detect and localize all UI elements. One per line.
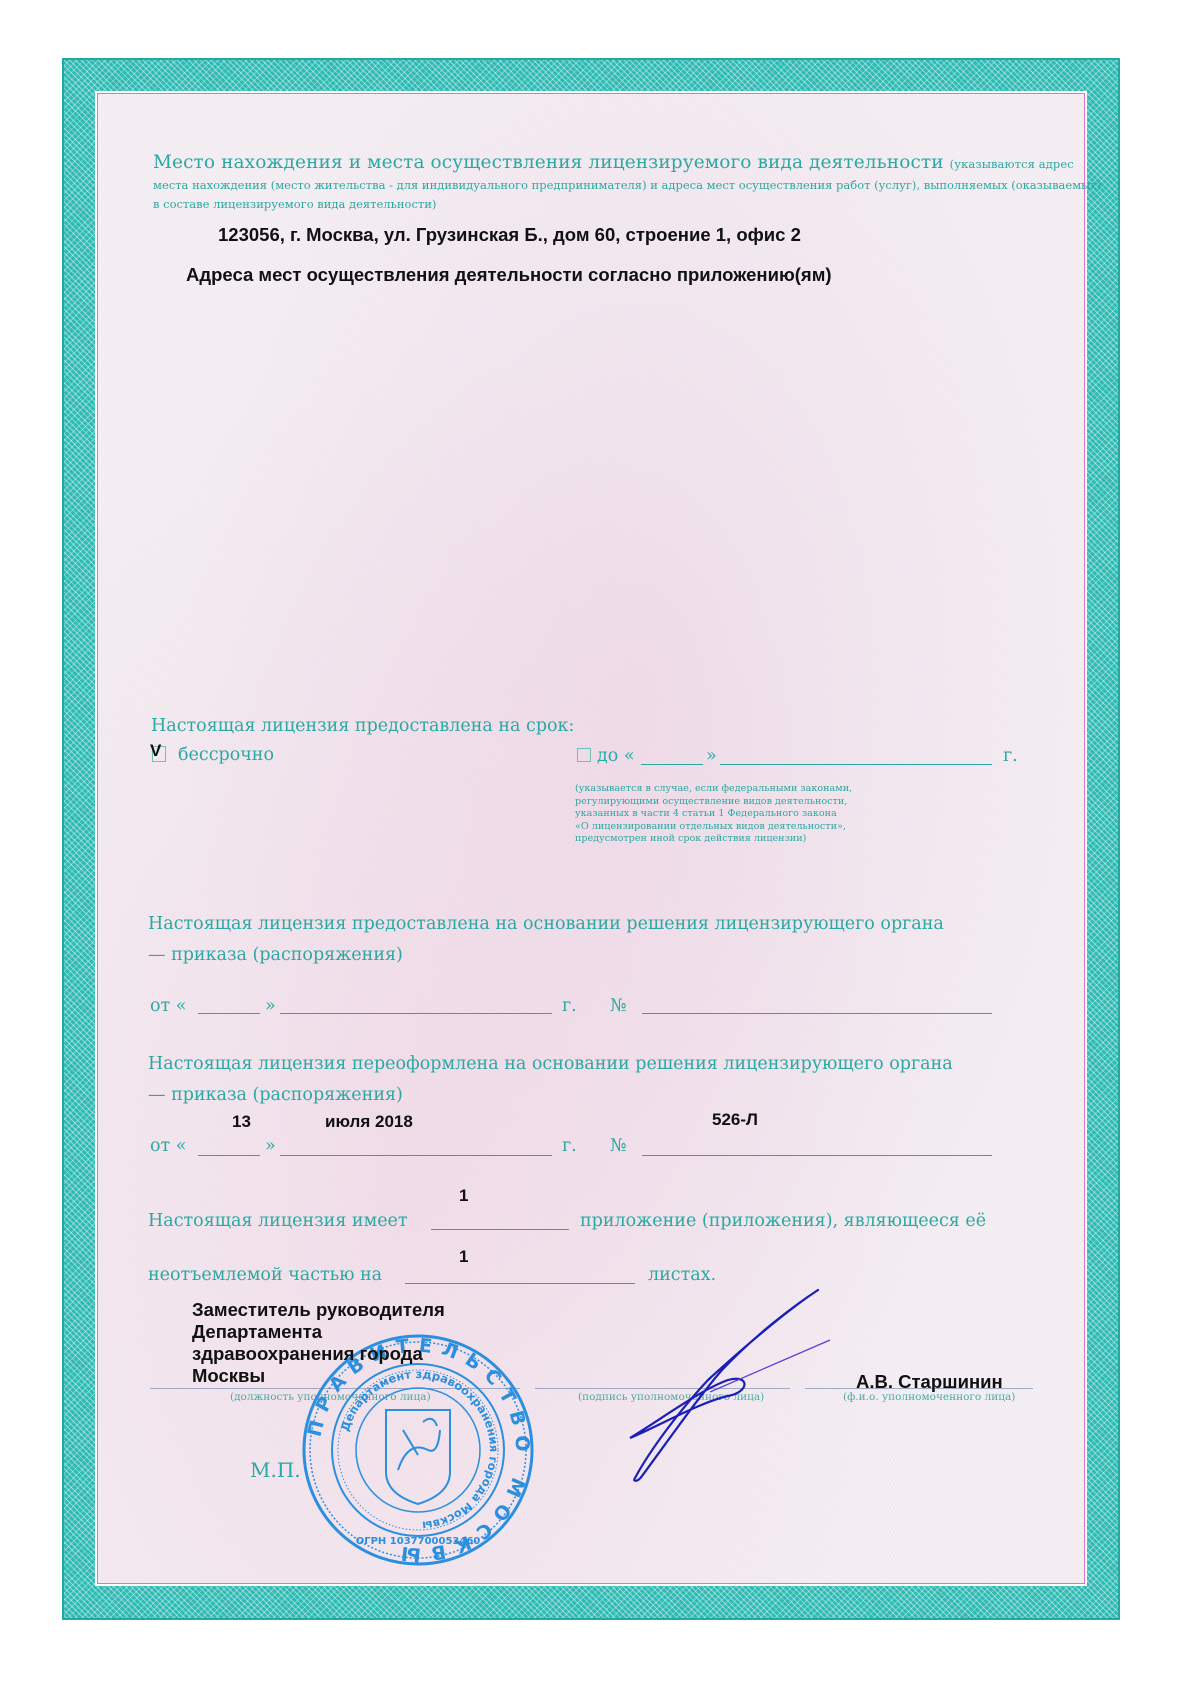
reissued-month-year: июля 2018 bbox=[325, 1112, 413, 1132]
appendix-count: 1 bbox=[459, 1186, 468, 1206]
handwritten-signature bbox=[560, 1270, 830, 1490]
reissued-day-line bbox=[198, 1155, 260, 1156]
appendix-line1-prefix: Настоящая лицензия имеет bbox=[148, 1211, 408, 1231]
position-line-text: Москвы bbox=[192, 1365, 445, 1387]
until-suffix: г. bbox=[1003, 746, 1018, 766]
reissued-day: 13 bbox=[232, 1112, 251, 1132]
header-note-line3: в составе лицензируемого вида деятельнос… bbox=[153, 197, 436, 211]
granted-day-line bbox=[198, 1013, 260, 1014]
reissued-line2: — приказа (распоряжения) bbox=[148, 1085, 403, 1105]
header-title-note: (указываются адрес bbox=[950, 157, 1074, 171]
appendix-count-line bbox=[431, 1229, 569, 1230]
signatory-position: Заместитель руководителя Департамента зд… bbox=[192, 1299, 445, 1387]
reissued-from-mid: » bbox=[265, 1136, 276, 1156]
granted-number-sign: № bbox=[610, 996, 627, 1016]
term-label: Настоящая лицензия предоставлена на срок… bbox=[151, 716, 574, 736]
indefinite-label: бессрочно bbox=[178, 745, 274, 765]
legal-address: 123056, г. Москва, ул. Грузинская Б., до… bbox=[218, 224, 801, 246]
reissued-month-year-line bbox=[280, 1155, 552, 1156]
granted-year-suffix: г. bbox=[562, 996, 577, 1016]
term-note-line: (указывается в случае, если федеральными… bbox=[575, 783, 852, 796]
term-note-line: указанных в части 4 статьи 1 Федеральног… bbox=[575, 808, 852, 821]
until-month-year-line bbox=[720, 764, 992, 765]
granted-line2: — приказа (распоряжения) bbox=[148, 945, 403, 965]
until-mid: » bbox=[706, 746, 717, 766]
granted-from-mid: » bbox=[265, 996, 276, 1016]
svg-text:Департамент здравоохранения го: Департамент здравоохранения города Москв… bbox=[338, 1367, 501, 1533]
header-title-text: Место нахождения и места осуществления л… bbox=[153, 152, 944, 173]
seal-label: М.П. bbox=[250, 1458, 301, 1482]
position-line-text: Департамента bbox=[192, 1321, 445, 1343]
reissued-line1: Настоящая лицензия переоформлена на осно… bbox=[148, 1054, 953, 1074]
activity-addresses-note: Адреса мест осуществления деятельности с… bbox=[186, 264, 832, 286]
position-line-text: Заместитель руководителя bbox=[192, 1299, 445, 1321]
signatory-name: А.В. Старшинин bbox=[856, 1371, 1003, 1393]
reissued-from-prefix: от « bbox=[150, 1136, 187, 1156]
position-line-text: здравоохранения города bbox=[192, 1343, 445, 1365]
until-day-line bbox=[641, 764, 703, 765]
term-note-line: предусмотрен иной срок действия лицензии… bbox=[575, 833, 852, 846]
reissued-number-line bbox=[642, 1155, 992, 1156]
appendix-sheets: 1 bbox=[459, 1247, 468, 1267]
check-mark-icon: V bbox=[150, 741, 161, 761]
appendix-line1-suffix: приложение (приложения), являющееся её bbox=[580, 1211, 986, 1231]
until-prefix: до « bbox=[597, 746, 635, 766]
stamp-ogrn: ОГРН 1037700053460 bbox=[356, 1536, 481, 1547]
reissued-number-sign: № bbox=[610, 1136, 627, 1156]
reissued-year-suffix: г. bbox=[562, 1136, 577, 1156]
granted-line1: Настоящая лицензия предоставлена на осно… bbox=[148, 914, 944, 934]
term-note-line: «О лицензировании отдельных видов деятел… bbox=[575, 821, 852, 834]
term-note-line: регулирующими осуществление видов деятел… bbox=[575, 796, 852, 809]
until-date-checkbox[interactable] bbox=[577, 748, 591, 762]
stamp-inner-text: Департамент здравоохранения города Москв… bbox=[338, 1367, 501, 1533]
granted-number-line bbox=[642, 1013, 992, 1014]
header-note-line2: места нахождения (место жительства - для… bbox=[153, 178, 1101, 192]
appendix-line2-prefix: неотъемлемой частью на bbox=[148, 1265, 382, 1285]
granted-from-prefix: от « bbox=[150, 996, 187, 1016]
reissued-number: 526-Л bbox=[712, 1110, 758, 1130]
header-title: Место нахождения и места осуществления л… bbox=[153, 152, 1074, 173]
granted-month-year-line bbox=[280, 1013, 552, 1014]
term-note: (указывается в случае, если федеральными… bbox=[575, 783, 852, 846]
